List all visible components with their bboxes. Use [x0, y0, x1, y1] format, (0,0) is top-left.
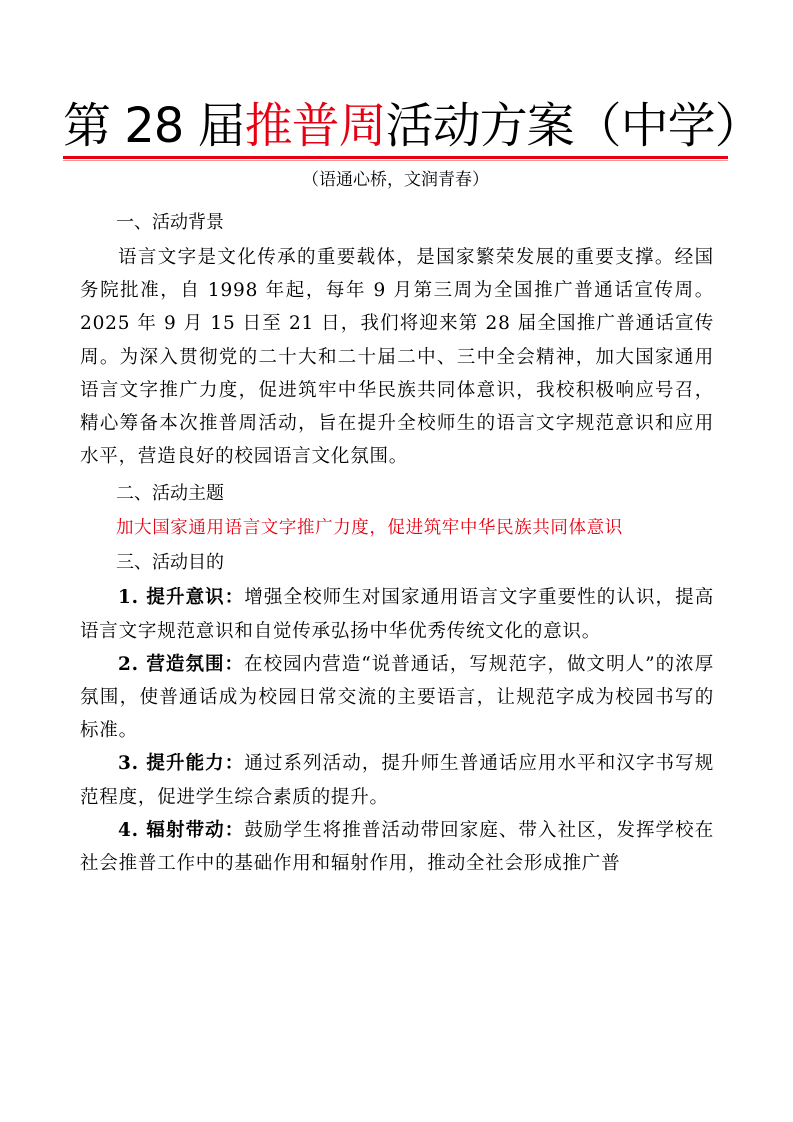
- title-highlight: 推普周: [245, 98, 386, 154]
- document-title: 第 28 届推普周活动方案（中学）: [63, 98, 728, 154]
- document-subtitle: （语通心桥，文润青春）: [63, 168, 728, 192]
- divider-thick-line: [63, 156, 728, 159]
- title-divider: [63, 156, 728, 162]
- section-heading-background: 一、活动背景: [80, 205, 714, 241]
- section-heading-goals: 三、活动目的: [80, 545, 714, 581]
- goal-lead: 1. 提升意识：: [118, 587, 244, 608]
- goal-item: 3. 提升能力：通过系列活动，提升师生普通话应用水平和汉字书写规范程度，促进学生…: [80, 747, 714, 813]
- document-page: 第 28 届推普周活动方案（中学） （语通心桥，文润青春） 一、活动背景 语言文…: [0, 0, 793, 1122]
- goal-item: 1. 提升意识：增强全校师生对国家通用语言文字重要性的认识，提高语言文字规范意识…: [80, 581, 714, 647]
- goal-lead: 4. 辐射带动：: [118, 820, 244, 841]
- goal-item: 4. 辐射带动：鼓励学生将推普活动带回家庭、带入社区，发挥学校在社会推普工作中的…: [80, 814, 714, 880]
- document-body: 一、活动背景 语言文字是文化传承的重要载体，是国家繁荣发展的重要支撑。经国务院批…: [80, 205, 714, 880]
- title-suffix: 活动方案（中学）: [386, 98, 762, 154]
- background-paragraph: 语言文字是文化传承的重要载体，是国家繁荣发展的重要支撑。经国务院批准，自 199…: [80, 241, 714, 473]
- goal-item: 2. 营造氛围：在校园内营造“说普通话，写规范字，做文明人”的浓厚氛围，使普通话…: [80, 648, 714, 748]
- title-prefix: 第 28 届: [63, 98, 245, 154]
- theme-statement: 加大国家通用语言文字推广力度，促进筑牢中华民族共同体意识: [80, 512, 714, 545]
- goal-lead: 3. 提升能力：: [118, 753, 244, 774]
- goal-lead: 2. 营造氛围：: [118, 654, 244, 675]
- divider-thin-line: [63, 160, 728, 161]
- section-heading-theme: 二、活动主题: [80, 476, 714, 512]
